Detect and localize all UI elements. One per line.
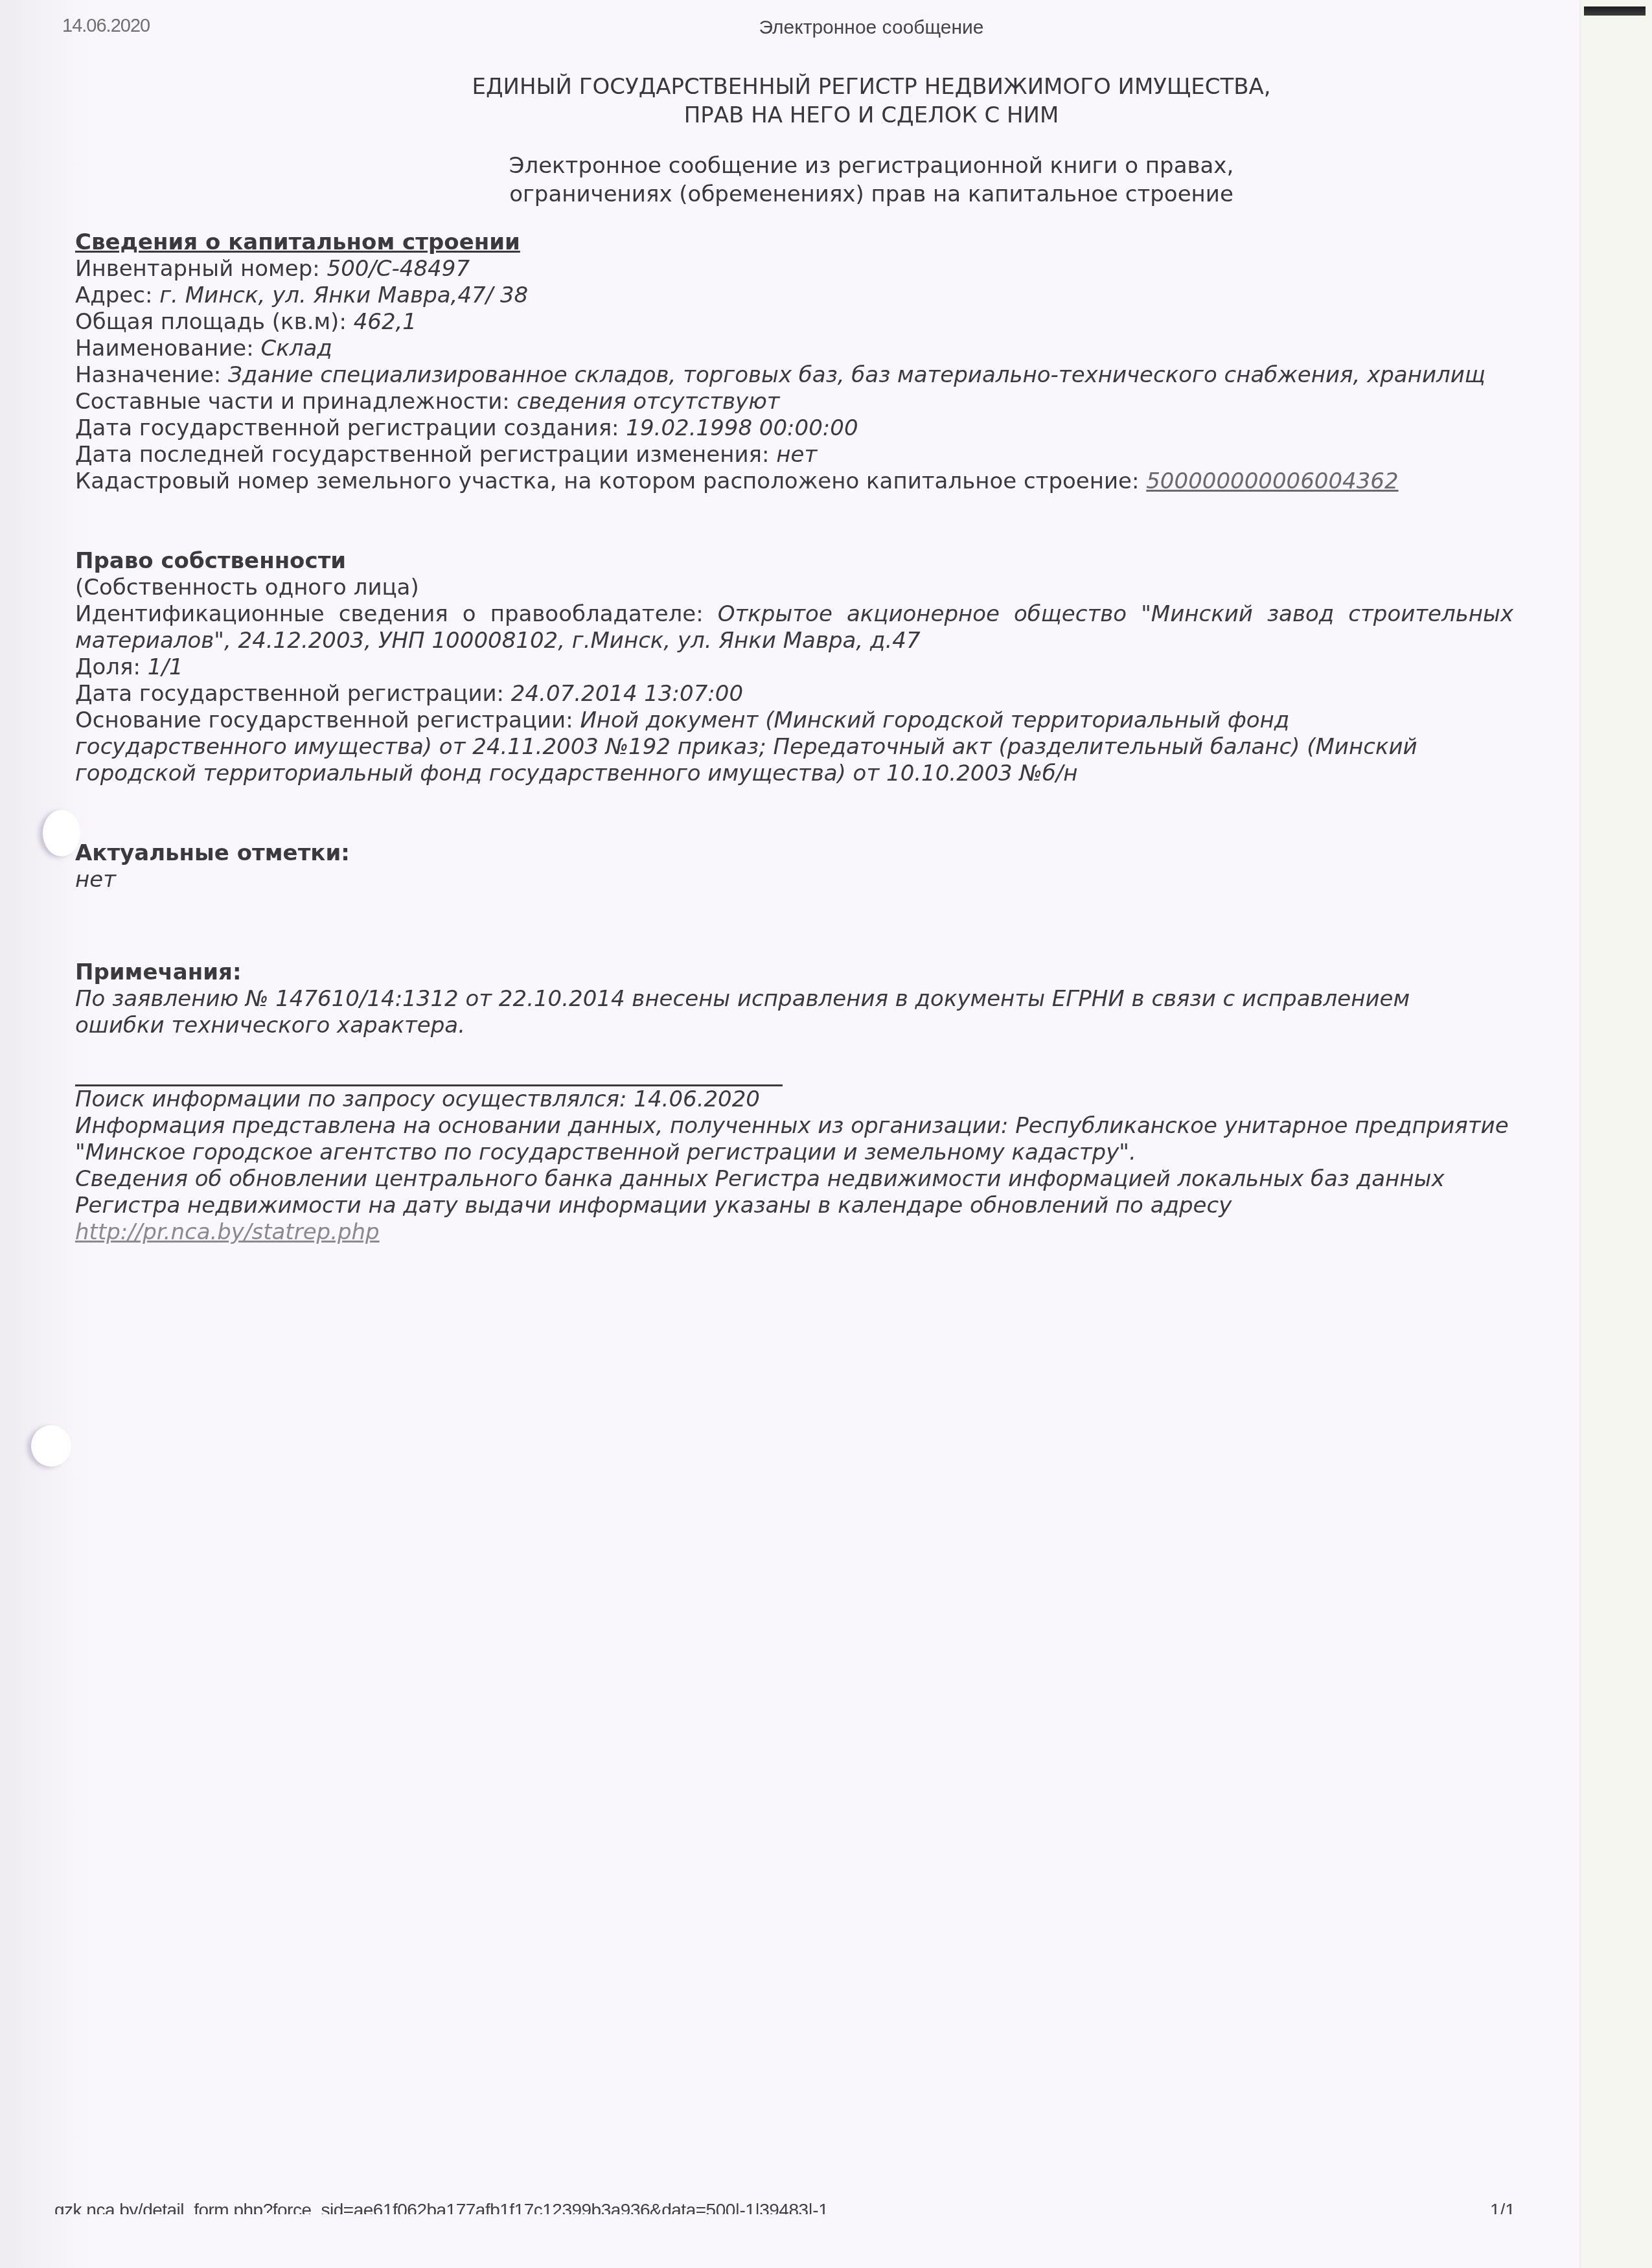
print-footer-url: gzk.nca.by/detail_form.php?force_sid=ae6… xyxy=(54,2200,828,2214)
field-label: Основание государственной регистрации: xyxy=(75,707,580,733)
field-label: Дата государственной регистрации: xyxy=(75,681,511,707)
field-label: Адрес: xyxy=(75,282,159,308)
building-heading: Сведения о капитальном строении xyxy=(75,229,1513,256)
ownership-heading: Право собственности xyxy=(75,548,1513,575)
field-label: Кадастровый номер земельного участка, на… xyxy=(75,468,1146,494)
field-value: 462,1 xyxy=(354,309,417,335)
punch-hole xyxy=(31,1425,71,1467)
search-date: Поиск информации по запросу осуществлялс… xyxy=(75,1086,1513,1113)
scan-corner-mark xyxy=(1584,6,1646,16)
field-share: Доля: 1/1 xyxy=(75,654,1513,681)
document-body: Сведения о капитальном строении Инвентар… xyxy=(75,229,1513,1246)
field-value: 24.07.2014 13:07:00 xyxy=(511,681,743,707)
field-label: Наименование: xyxy=(75,336,260,361)
field-purpose: Назначение: Здание специализированное ск… xyxy=(75,362,1513,389)
print-header-title: Электронное сообщение xyxy=(0,17,1652,39)
field-components: Составные части и принадлежности: сведен… xyxy=(75,389,1513,415)
field-label: Составные части и принадлежности: xyxy=(75,389,517,415)
document-title: ЕДИНЫЙ ГОСУДАРСТВЕННЫЙ РЕГИСТР НЕДВИЖИМО… xyxy=(0,73,1652,130)
field-name: Наименование: Склад xyxy=(75,336,1513,362)
field-label: Дата последней государственной регистрац… xyxy=(75,442,776,468)
building-section: Сведения о капитальном строении Инвентар… xyxy=(75,229,1513,495)
field-label: Общая площадь (кв.м): xyxy=(75,309,354,335)
field-creation-date: Дата государственной регистрации создани… xyxy=(75,415,1513,442)
field-label: Дата государственной регистрации создани… xyxy=(75,415,626,441)
document-title-line-1: ЕДИНЫЙ ГОСУДАРСТВЕННЫЙ РЕГИСТР НЕДВИЖИМО… xyxy=(91,73,1652,101)
statrep-link[interactable]: http://pr.nca.by/statrep.php xyxy=(75,1219,380,1245)
field-value: г. Минск, ул. Янки Мавра,47/ 38 xyxy=(159,282,528,308)
ownership-section: Право собственности (Собственность одног… xyxy=(75,548,1513,787)
document-subtitle: Электронное сообщение из регистрационной… xyxy=(0,152,1652,209)
document-subtitle-line-1: Электронное сообщение из регистрационной… xyxy=(91,152,1652,180)
field-rightholder: Идентификационные сведения о правооблада… xyxy=(75,601,1513,654)
document-title-line-2: ПРАВ НА НЕГО И СДЕЛОК С НИМ xyxy=(91,101,1652,130)
notes-heading: Примечания: xyxy=(75,959,1513,986)
field-registration-date: Дата государственной регистрации: 24.07.… xyxy=(75,681,1513,707)
field-label: Идентификационные сведения о правооблада… xyxy=(75,601,718,627)
field-label: Назначение: xyxy=(75,362,228,388)
source-line-1: Информация представлена на основании дан… xyxy=(75,1113,1513,1140)
field-value: сведения отсутствуют xyxy=(517,389,780,415)
field-last-change-date: Дата последней государственной регистрац… xyxy=(75,442,1513,468)
field-label: Доля: xyxy=(75,654,148,680)
notes-value: По заявлению № 147610/14:1312 от 22.10.2… xyxy=(75,986,1423,1039)
print-footer-page-number: 1/1 xyxy=(1490,2200,1515,2214)
cadastral-number-link[interactable]: 500000000006004362 xyxy=(1146,468,1398,494)
source-line-2: "Минское городское агентство по государс… xyxy=(75,1140,1513,1166)
field-value: 500/C-48497 xyxy=(327,256,470,282)
field-value: Склад xyxy=(260,336,332,361)
document-subtitle-line-2: ограничениях (обременениях) прав на капи… xyxy=(91,180,1652,209)
field-value: 19.02.1998 00:00:00 xyxy=(626,415,858,441)
info-footer: Поиск информации по запросу осуществлялс… xyxy=(75,1086,1513,1246)
field-value: 1/1 xyxy=(148,654,183,680)
field-cadastral-number: Кадастровый номер земельного участка, на… xyxy=(75,468,1513,495)
marks-value: нет xyxy=(75,867,1513,893)
field-inventory-number: Инвентарный номер: 500/C-48497 xyxy=(75,256,1513,282)
field-value: Здание специализированное складов, торго… xyxy=(228,362,1486,388)
ownership-type: (Собственность одного лица) xyxy=(75,575,1513,601)
field-value: нет xyxy=(776,442,817,468)
update-line-2: Регистра недвижимости на дату выдачи инф… xyxy=(75,1193,1513,1219)
update-line-1: Сведения об обновлении центрального банк… xyxy=(75,1166,1513,1193)
field-label: Инвентарный номер: xyxy=(75,256,327,282)
notes-section: Примечания: По заявлению № 147610/14:131… xyxy=(75,959,1513,1039)
marks-section: Актуальные отметки: нет xyxy=(75,840,1513,893)
field-area: Общая площадь (кв.м): 462,1 xyxy=(75,309,1513,336)
field-registration-basis: Основание государственной регистрации: И… xyxy=(75,707,1449,787)
scan-edge-right xyxy=(1579,0,1652,2268)
field-address: Адрес: г. Минск, ул. Янки Мавра,47/ 38 xyxy=(75,282,1513,309)
marks-heading: Актуальные отметки: xyxy=(75,840,1513,867)
